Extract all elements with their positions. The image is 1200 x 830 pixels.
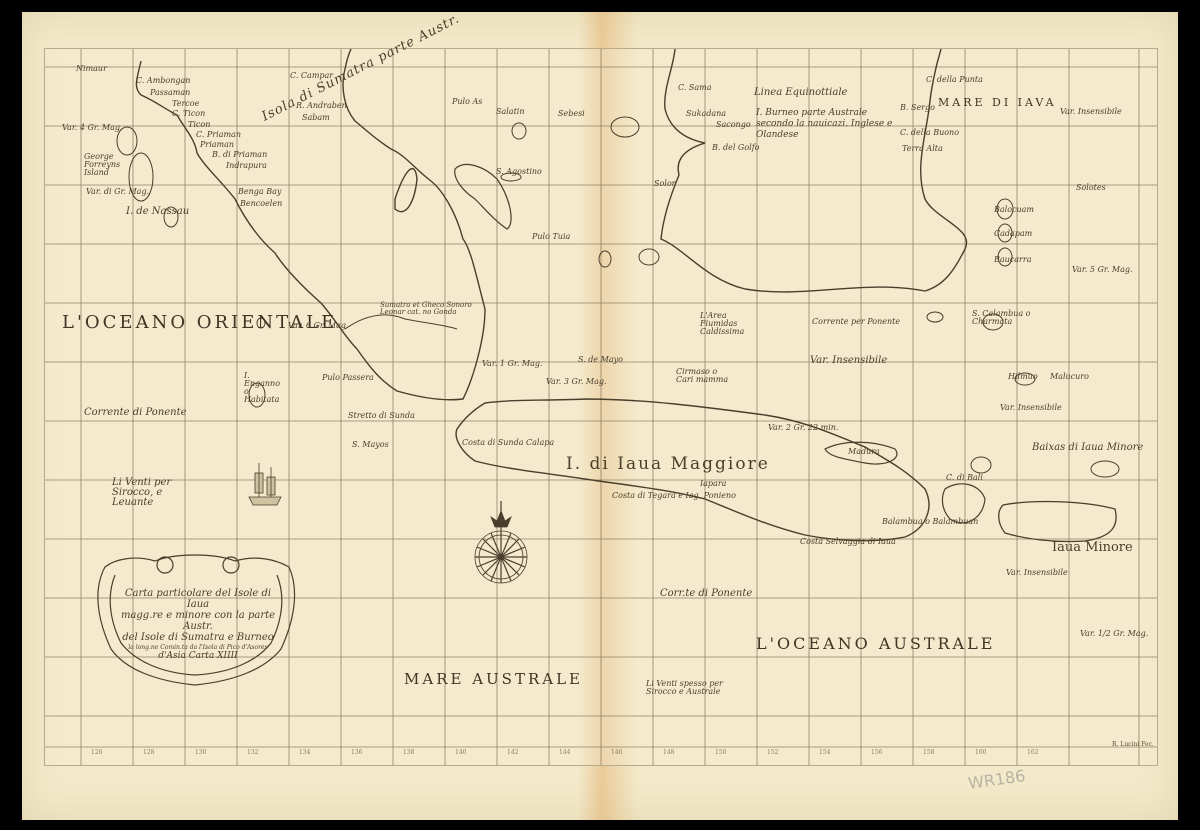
- note-linea-equinottiale: Linea Equinottiale: [754, 88, 847, 98]
- ocean-label-mare-di-iava: MARE DI IAVA: [938, 96, 1057, 109]
- place-label-costa-di-sunda: Costa di Sunda Calapa: [462, 439, 554, 447]
- note-var-2gr: Var. 2 Gr. 22 min.: [768, 424, 838, 432]
- island-label-pulo-passera: Pulo Passera: [322, 374, 374, 382]
- cartouche-line: magg.re e minore con la parte Austr.: [118, 610, 278, 632]
- note-venti-sirocco: Li Venti per Sirocco, e Leuante: [112, 478, 202, 508]
- longitude-tick: 128: [143, 749, 154, 756]
- place-label-c-sama: C. Sama: [678, 84, 712, 92]
- longitude-tick: 134: [299, 749, 310, 756]
- note-var-3gr: Var. 3 Gr. Mag.: [546, 378, 607, 386]
- island-label-balocuam: Balocuam: [994, 206, 1034, 214]
- longitude-tick: 130: [195, 749, 206, 756]
- compass-rose: [475, 501, 527, 583]
- note-corrente-ponente: Corr.te di Ponente: [660, 589, 752, 599]
- place-label-c-campar: C. Campar: [290, 72, 333, 80]
- longitude-tick: 140: [455, 749, 466, 756]
- island-label-malucuro: Malucuro: [1050, 373, 1089, 381]
- place-label-costa-di-tegara: Costa di Tegara e Iag. Ponieno: [612, 492, 736, 500]
- note-venti-australe: Li Venti spesso per Sirocco e Australe: [646, 680, 726, 696]
- place-label-sabam: Sabam: [302, 114, 330, 122]
- note-var-5gr: Var. 5 Gr. Mag.: [1072, 266, 1133, 274]
- mountain-range: [345, 315, 457, 329]
- note-corrente-ponente: Corrente di Ponente: [84, 408, 187, 418]
- island-label-pulo-tuia: Pulo Tuia: [532, 233, 570, 241]
- longitude-tick: 152: [767, 749, 778, 756]
- place-label-c-bali: C. di Bali: [946, 474, 983, 482]
- place-label-priaman: Priaman: [200, 141, 234, 149]
- place-label-passaman: Passaman: [150, 89, 190, 97]
- note-var-6gr: Var. 6 Gr. Mag.: [288, 322, 349, 330]
- java-minor-coastline: [999, 502, 1116, 542]
- place-label-r-andraben: R. Andraben: [296, 102, 347, 110]
- place-label-c-ambongan: C. Ambongan: [136, 77, 190, 85]
- island-label-nassau: I. de Nassau: [126, 207, 189, 217]
- place-label-b-priaman: B. di Priaman: [212, 151, 267, 159]
- place-label-japara: Iapara: [700, 480, 726, 488]
- island-label-s-de-mayo: S. de Mayo: [578, 356, 623, 364]
- note-var-insensibile: Var. Insensibile: [1060, 108, 1122, 116]
- island-label-java-minor: Iaua Minore: [1052, 541, 1133, 554]
- title-cartouche: Carta particolare del Isole di Iaua magg…: [88, 550, 308, 675]
- longitude-tick: 156: [871, 749, 882, 756]
- note-var-insensibile: Var. Insensibile: [810, 356, 887, 366]
- longitude-tick: 158: [923, 749, 934, 756]
- place-label-indrapura: Indrapura: [226, 162, 267, 170]
- place-label-sukadana: Sukadana: [686, 110, 726, 118]
- island-label-s-calambua: S. Calambua o Charmata: [972, 310, 1032, 326]
- place-label-b-del-golfo: B. del Golfo: [712, 144, 759, 152]
- note-var-gr-mag: Var. di Gr. Mag.: [86, 188, 149, 196]
- cartouche-line: Carta particolare del Isole di Iaua: [118, 588, 278, 610]
- place-label-terra-alta: Terra Alta: [902, 145, 943, 153]
- island-label-madura: Madura: [848, 448, 880, 456]
- place-label-c-ticon: C. Ticon: [172, 110, 205, 118]
- place-label-b-sergo: B. Sergo: [900, 104, 935, 112]
- island-label-baucarra: Baucarra: [994, 256, 1031, 264]
- cartouche-text: Carta particolare del Isole di Iaua magg…: [118, 588, 278, 661]
- island-label-cadapam: Cadapam: [994, 230, 1032, 238]
- place-label-ticon: Ticon: [188, 121, 210, 129]
- longitude-tick: 136: [351, 749, 362, 756]
- engraver-signature: R. Lucini Fec.: [1112, 741, 1154, 748]
- place-label-c-della-punta: C. della Punta: [926, 76, 983, 84]
- place-label-tercoe: Tercoe: [172, 100, 199, 108]
- longitude-tick: 148: [663, 749, 674, 756]
- island-label-nimanw: Nimaur: [76, 65, 107, 73]
- note-var-insensibile: Var. Insensibile: [1000, 404, 1062, 412]
- ocean-label-mare-australe: MARE AUSTRALE: [404, 670, 583, 688]
- island-label-engano: I. Enganno o Habitata: [244, 372, 284, 404]
- longitude-tick: 146: [611, 749, 622, 756]
- place-label-costa-selvaggia: Costa Selvaggia di Iaua: [800, 538, 896, 546]
- island-label-s-agostino: S. Agostino: [496, 168, 542, 176]
- longitude-tick: 150: [715, 749, 726, 756]
- island-label-hilmuo: Hilmuo: [1008, 373, 1038, 381]
- longitude-tick: 162: [1027, 749, 1038, 756]
- island-label-sebesi: Sebesi: [558, 110, 585, 118]
- place-label-sumatra-mountains: Sumatra et Gheco Sonoro Leonar cat. no G…: [380, 302, 480, 316]
- island-label-java-major: I. di Iaua Maggiore: [566, 456, 770, 473]
- longitude-tick: 132: [247, 749, 258, 756]
- note-var-1gr: Var. 1 Gr. Mag.: [482, 360, 543, 368]
- longitude-tick: 126: [91, 749, 102, 756]
- place-label-sunda-strait: Stretto di Sunda: [348, 412, 415, 420]
- note-corrente-ponente: Corrente per Ponente: [812, 318, 900, 326]
- cartouche-line: d'Asia Carta XIIII: [118, 652, 278, 662]
- note-var-4gr: Var. 4 Gr. Mag.: [62, 124, 123, 132]
- place-label-solor: Solor: [654, 180, 676, 188]
- place-label-bencoelen: Bencoelen: [240, 200, 282, 208]
- cartouche-line: del Isole di Sumatra e Burneo: [118, 632, 278, 643]
- island-label-bancas: Baixas di Iaua Minore: [1032, 443, 1143, 453]
- island-label-s-mayos: S. Mayos: [352, 441, 389, 449]
- island-label-cirmaso: Cirmaso o Cari mamma: [676, 368, 736, 384]
- island-label-george-forreyns: George Forreyns Island: [84, 153, 144, 177]
- place-label-benga-bay: Benga Bay: [238, 188, 281, 196]
- note-var-insensibile: Var. Insensibile: [1006, 569, 1068, 577]
- note-area-fiumidas: L'Area Fiumidas Caldissima: [700, 312, 760, 336]
- island-label-borneo: I. Burneo parte Australe secondo la naui…: [756, 108, 906, 140]
- small-islands: [117, 117, 1119, 477]
- place-label-c-priaman: C. Priaman: [196, 131, 241, 139]
- longitude-tick: 142: [507, 749, 518, 756]
- ship-illustration: [249, 463, 281, 505]
- place-label-balambua: Balambua o Balambuan: [882, 518, 978, 526]
- place-label-sacongo: Sacongo: [716, 121, 751, 129]
- ocean-label-oceano-australe: L'OCEANO AUSTRALE: [756, 634, 995, 653]
- island-label-salatin: Salatin: [496, 108, 525, 116]
- island-label-pulo-as: Pulo As: [452, 98, 482, 106]
- island-label-solotes: Solotes: [1076, 184, 1106, 192]
- longitude-tick: 138: [403, 749, 414, 756]
- longitude-tick: 160: [975, 749, 986, 756]
- longitude-tick: 144: [559, 749, 570, 756]
- place-label-c-della-buono: C. della Buono: [900, 129, 959, 137]
- note-var-1gr-2: Var. 1/2 Gr. Mag.: [1080, 630, 1148, 638]
- longitude-tick: 154: [819, 749, 830, 756]
